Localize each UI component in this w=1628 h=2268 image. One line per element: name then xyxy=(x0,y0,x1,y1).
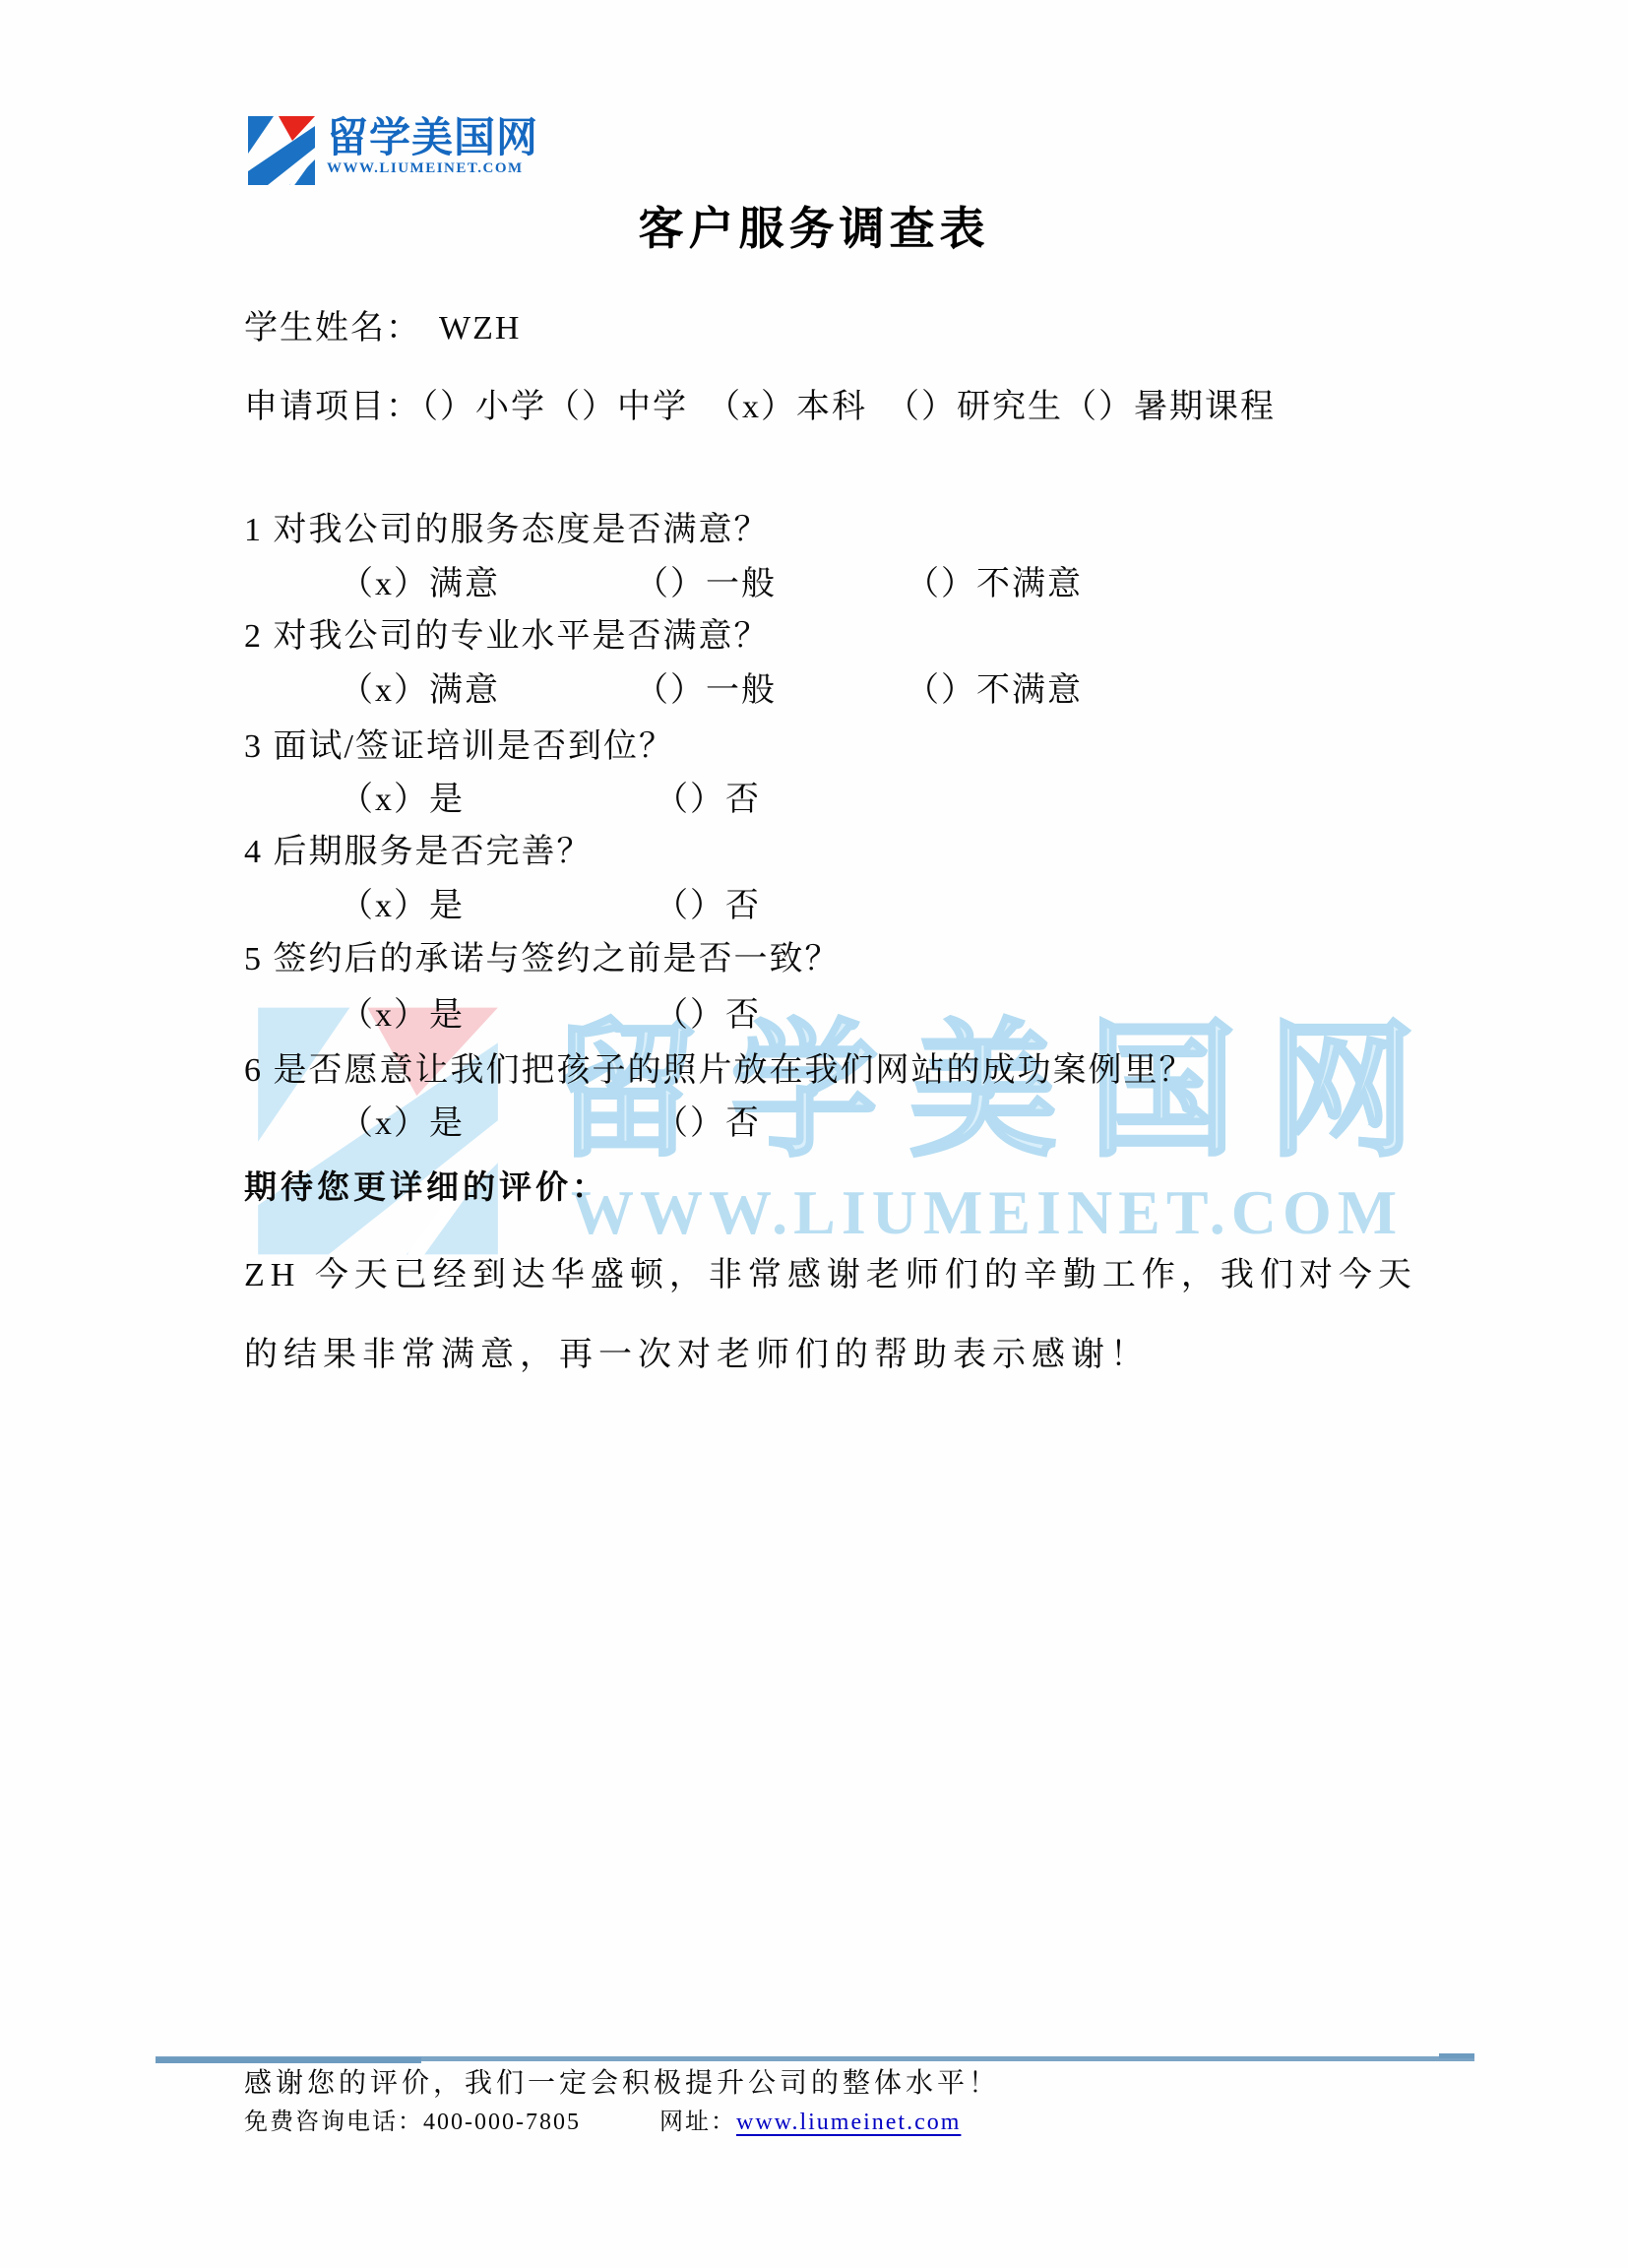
brand-url: WWW.LIUMEINET.COM xyxy=(327,160,538,177)
answer-option: （）否 xyxy=(655,996,761,1036)
answer-option: （x）是 xyxy=(340,781,655,820)
question-2-text: 2 对我公司的专业水平是否满意？ xyxy=(244,617,770,657)
survey-document-page: 留学美国网 WWW.LIUMEINET.COM 留学美国网 WWW.LIUMEI… xyxy=(0,0,1628,2268)
liumeinet-logo-icon xyxy=(246,114,317,187)
footer-contact-line: 免费咨询电话：400-000-7805网址：www.liumeinet.com xyxy=(244,2108,961,2137)
question-6-options: （x）是（）否 xyxy=(340,1104,761,1144)
comment-paragraph-line: ZH 今天已经到达华盛顿，非常感谢老师们的辛勤工作，我们对今天 xyxy=(244,1256,1417,1295)
answer-option: （x）满意 xyxy=(340,565,635,604)
comment-heading: 期待您更详细的评价： xyxy=(244,1167,608,1207)
footer-divider-segment xyxy=(156,2057,421,2063)
brand-name: 留学美国网 xyxy=(327,116,538,159)
question-3-text: 3 面试/签证培训是否到位？ xyxy=(244,727,674,767)
footer-divider-segment xyxy=(1439,2053,1474,2058)
answer-option: （x）是 xyxy=(340,996,655,1036)
footer-site-label: 网址： xyxy=(659,2110,736,2135)
answer-option: （）否 xyxy=(655,887,761,926)
watermark-url-text: WWW.LIUMEINET.COM xyxy=(571,1178,1403,1247)
answer-option: （）一般 xyxy=(635,565,906,604)
brand-header: 留学美国网 WWW.LIUMEINET.COM xyxy=(246,114,538,187)
student-name-label: 学生姓名： xyxy=(244,310,421,346)
brand-text-block: 留学美国网 WWW.LIUMEINET.COM xyxy=(327,114,538,177)
footer-thanks-line: 感谢您的评价，我们一定会积极提升公司的整体水平！ xyxy=(244,2067,1000,2101)
question-5-text: 5 签约后的承诺与签约之前是否一致？ xyxy=(244,940,841,979)
answer-option: （）不满意 xyxy=(906,565,1083,604)
student-name-line: 学生姓名：WZH xyxy=(244,309,521,348)
page-title: 客户服务调查表 xyxy=(0,203,1628,256)
answer-option: （）否 xyxy=(655,781,761,820)
question-1-text: 1 对我公司的服务态度是否满意？ xyxy=(244,511,770,550)
answer-option: （）否 xyxy=(655,1104,761,1144)
question-1-options: （x）满意（）一般（）不满意 xyxy=(340,565,1083,604)
footer-phone-number: 400-000-7805 xyxy=(423,2110,581,2135)
answer-option: （x）是 xyxy=(340,1104,655,1144)
application-project-line: 申请项目：（）小学（）中学 （x）本科 （）研究生（）暑期课程 xyxy=(244,388,1276,427)
question-2-options: （x）满意（）一般（）不满意 xyxy=(340,671,1083,711)
footer-site-link[interactable]: www.liumeinet.com xyxy=(736,2110,961,2135)
question-4-options: （x）是（）否 xyxy=(340,887,761,926)
answer-option: （）一般 xyxy=(635,671,906,711)
comment-paragraph-line: 的结果非常满意，再一次对老师们的帮助表示感谢！ xyxy=(244,1336,1150,1375)
footer-phone-label: 免费咨询电话： xyxy=(244,2110,423,2135)
answer-option: （）不满意 xyxy=(906,671,1083,711)
question-3-options: （x）是（）否 xyxy=(340,781,761,820)
student-name-value: WZH xyxy=(439,310,521,346)
question-6-text: 6 是否愿意让我们把孩子的照片放在我们网站的成功案例里？ xyxy=(244,1051,1195,1091)
answer-option: （x）满意 xyxy=(340,671,635,711)
answer-option: （x）是 xyxy=(340,887,655,926)
question-5-options: （x）是（）否 xyxy=(340,996,761,1036)
footer-phone-group: 免费咨询电话：400-000-7805 xyxy=(244,2108,659,2137)
question-4-text: 4 后期服务是否完善？ xyxy=(244,833,593,872)
